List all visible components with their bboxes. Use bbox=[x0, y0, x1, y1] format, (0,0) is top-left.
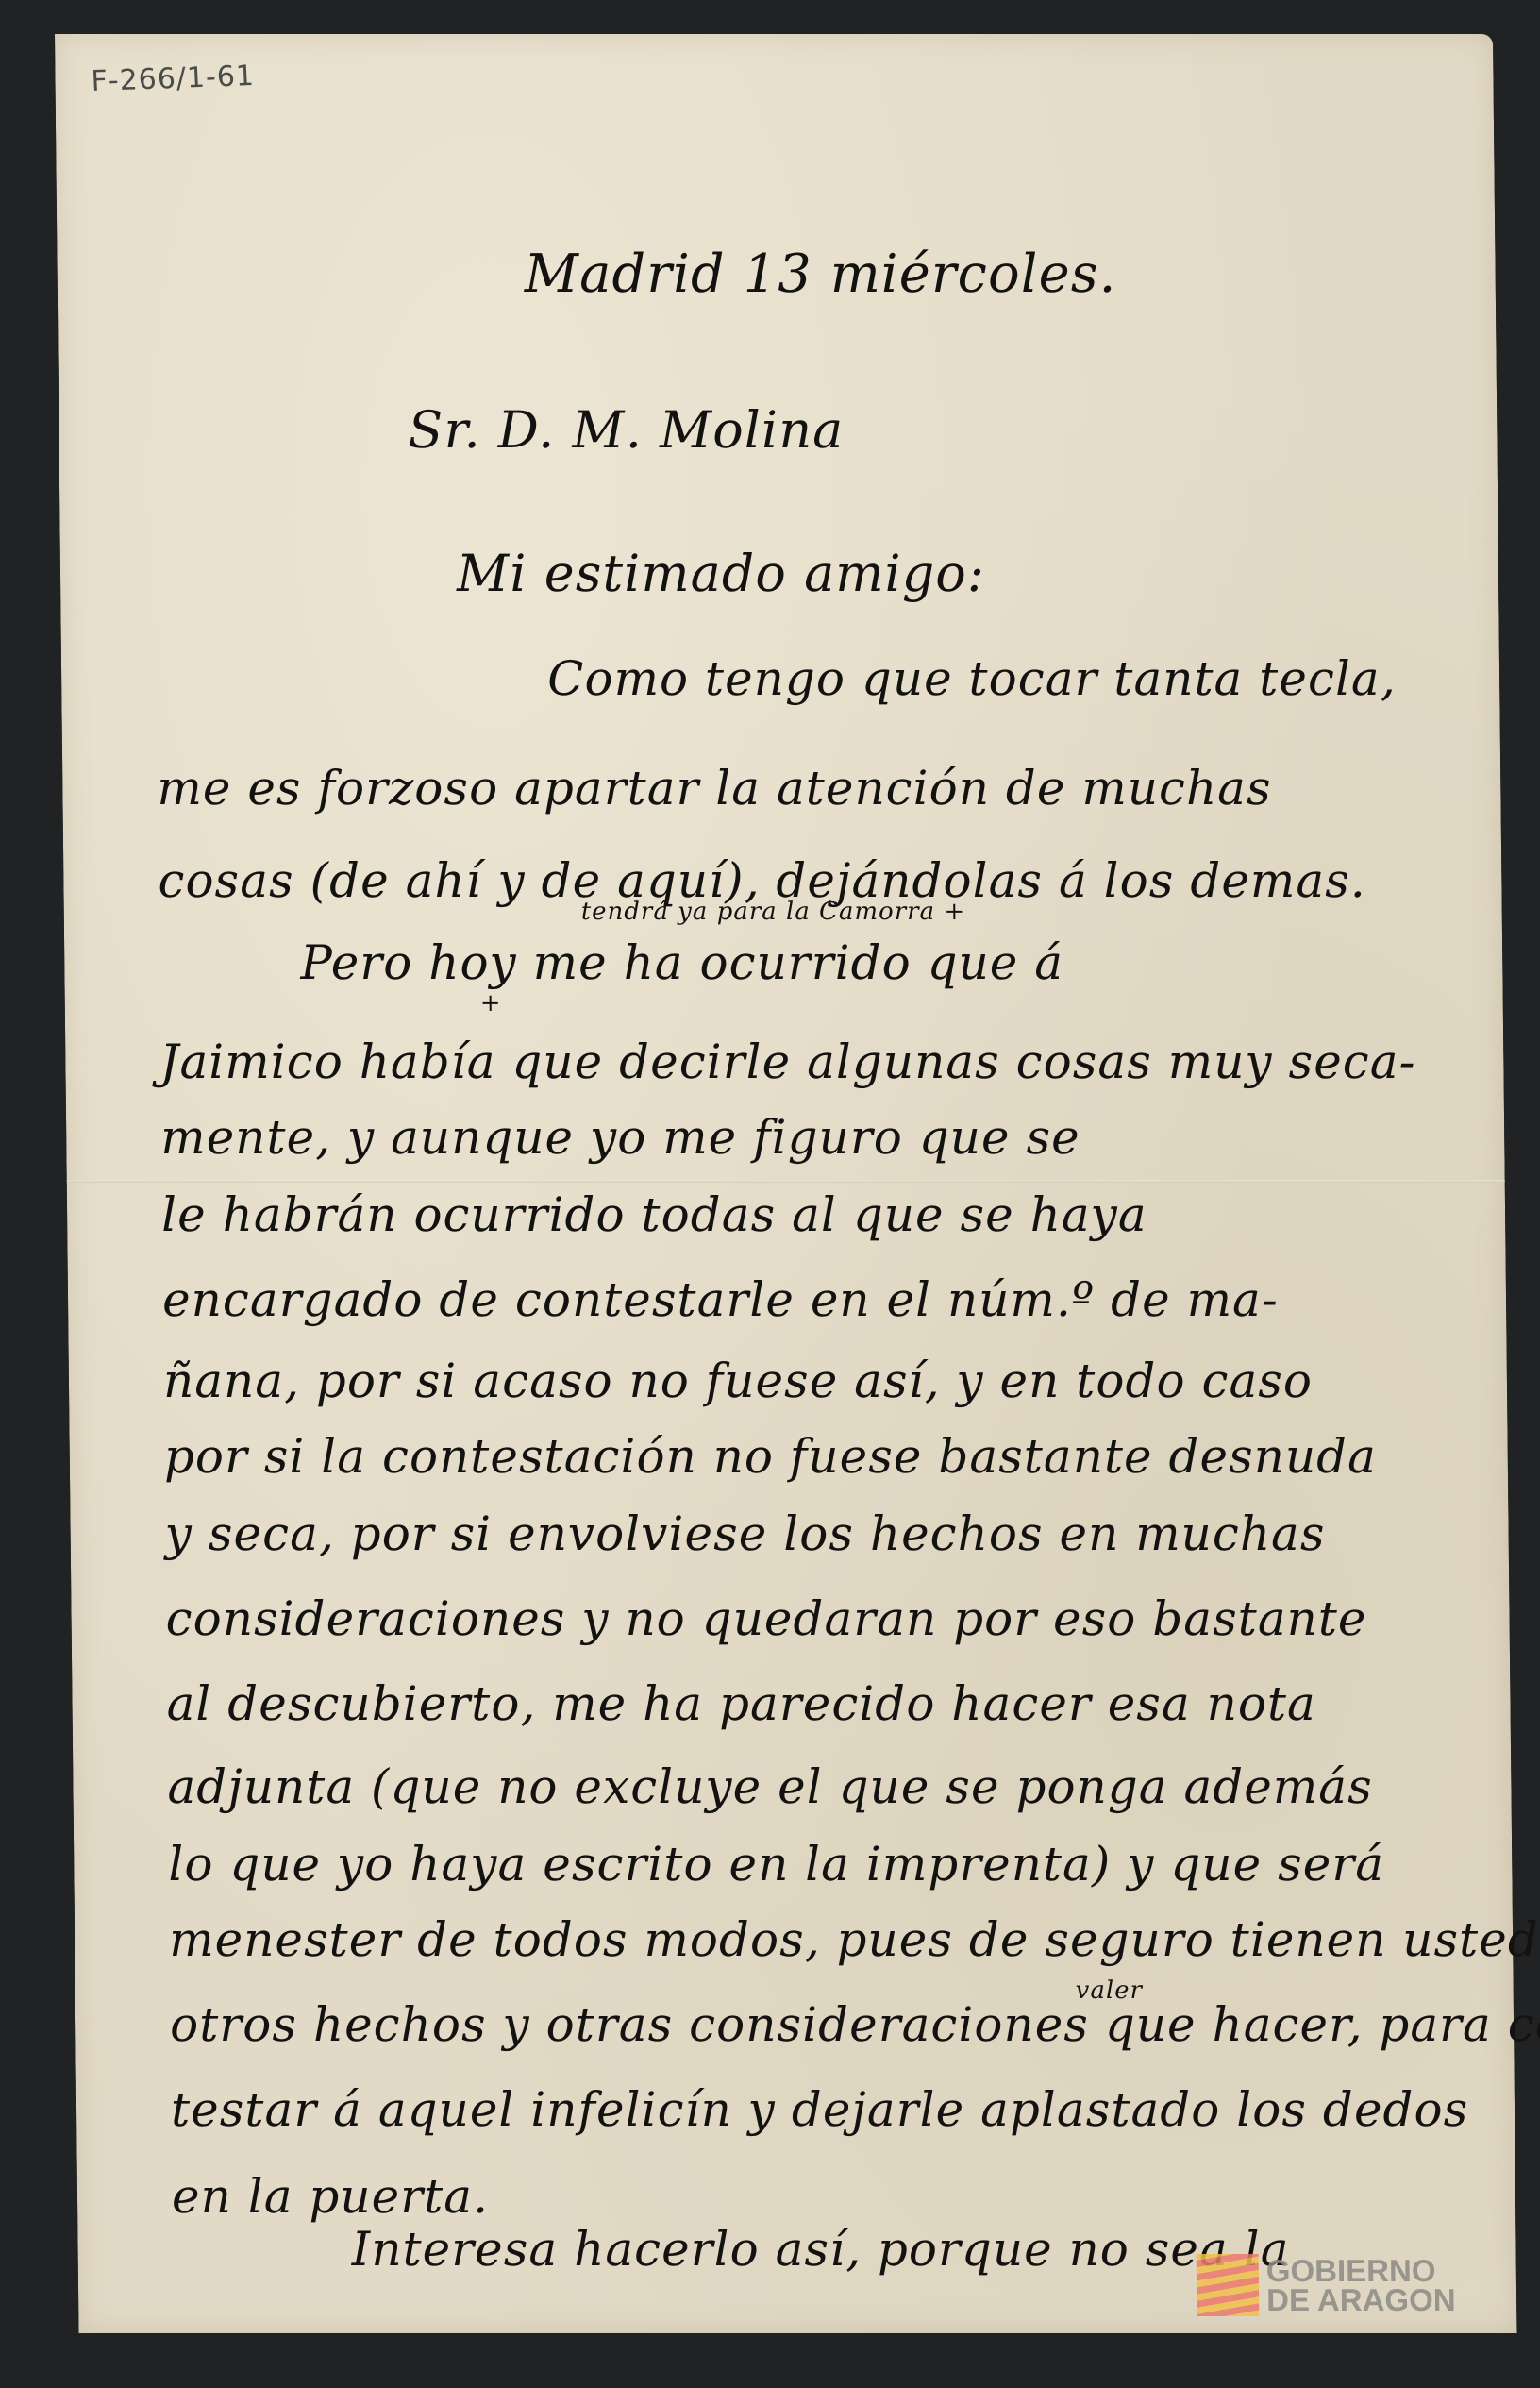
fold-line bbox=[67, 1180, 1505, 1183]
letter-page: F-266/1-61 Madrid 13 miércoles. Sr. D. M… bbox=[55, 34, 1517, 2333]
body-line-12: consideraciones y no quedaran por eso ba… bbox=[165, 1591, 1366, 1646]
body-line-5: Jaimico había que decirle algunas cosas … bbox=[159, 1034, 1416, 1089]
watermark-line-1: GOBIERNO bbox=[1266, 2256, 1456, 2285]
insertion-camorra: tendrá ya para la Camorra + bbox=[581, 898, 966, 926]
addressee: Sr. D. M. Molina bbox=[408, 400, 845, 460]
body-line-19: en la puerta. bbox=[172, 2169, 489, 2224]
body-line-11: y seca, por si envolviese los hechos en … bbox=[164, 1506, 1325, 1561]
body-line-17: otros hechos y otras consideraciones que… bbox=[170, 1997, 1540, 2052]
body-line-9: ñana, por si acaso no fuese así, y en to… bbox=[163, 1354, 1314, 1408]
body-line-13: al descubierto, me ha parecido hacer esa… bbox=[166, 1676, 1316, 1731]
body-line-10: por si la contestación no fuese bastante… bbox=[163, 1429, 1377, 1484]
salutation: Mi estimado amigo: bbox=[457, 544, 986, 603]
watermark-text: GOBIERNO DE ARAGON bbox=[1266, 2256, 1456, 2314]
body-line-14: adjunta (que no excluye el que se ponga … bbox=[167, 1759, 1373, 1814]
body-line-16: menester de todos modos, pues de seguro … bbox=[169, 1912, 1540, 1967]
watermark-line-2: DE ARAGON bbox=[1266, 2285, 1456, 2314]
aragon-flag-icon bbox=[1197, 2254, 1260, 2316]
body-line-15: lo que yo haya escrito en la imprenta) y… bbox=[168, 1837, 1384, 1892]
gobierno-aragon-watermark: GOBIERNO DE ARAGON bbox=[1197, 2254, 1456, 2316]
body-line-20: Interesa hacerlo así, porque no sea la bbox=[351, 2222, 1289, 2277]
body-line-6: mente, y aunque yo me figuro que se bbox=[160, 1110, 1080, 1165]
body-line-4: Pero hoy me ha ocurrido que á bbox=[300, 935, 1063, 990]
date-line: Madrid 13 miércoles. bbox=[524, 244, 1116, 305]
body-line-7: le habrán ocurrido todas al que se haya bbox=[161, 1187, 1147, 1242]
insertion-plus: + bbox=[480, 989, 502, 1017]
body-line-1: Como tengo que tocar tanta tecla, bbox=[547, 651, 1397, 706]
catalog-number: F-266/1-61 bbox=[91, 59, 256, 98]
body-line-8: encargado de contestarle en el núm.º de … bbox=[162, 1272, 1279, 1327]
body-line-18: testar á aquel infelicín y dejarle aplas… bbox=[171, 2082, 1469, 2137]
body-line-2: me es forzoso apartar la atención de muc… bbox=[157, 761, 1272, 816]
